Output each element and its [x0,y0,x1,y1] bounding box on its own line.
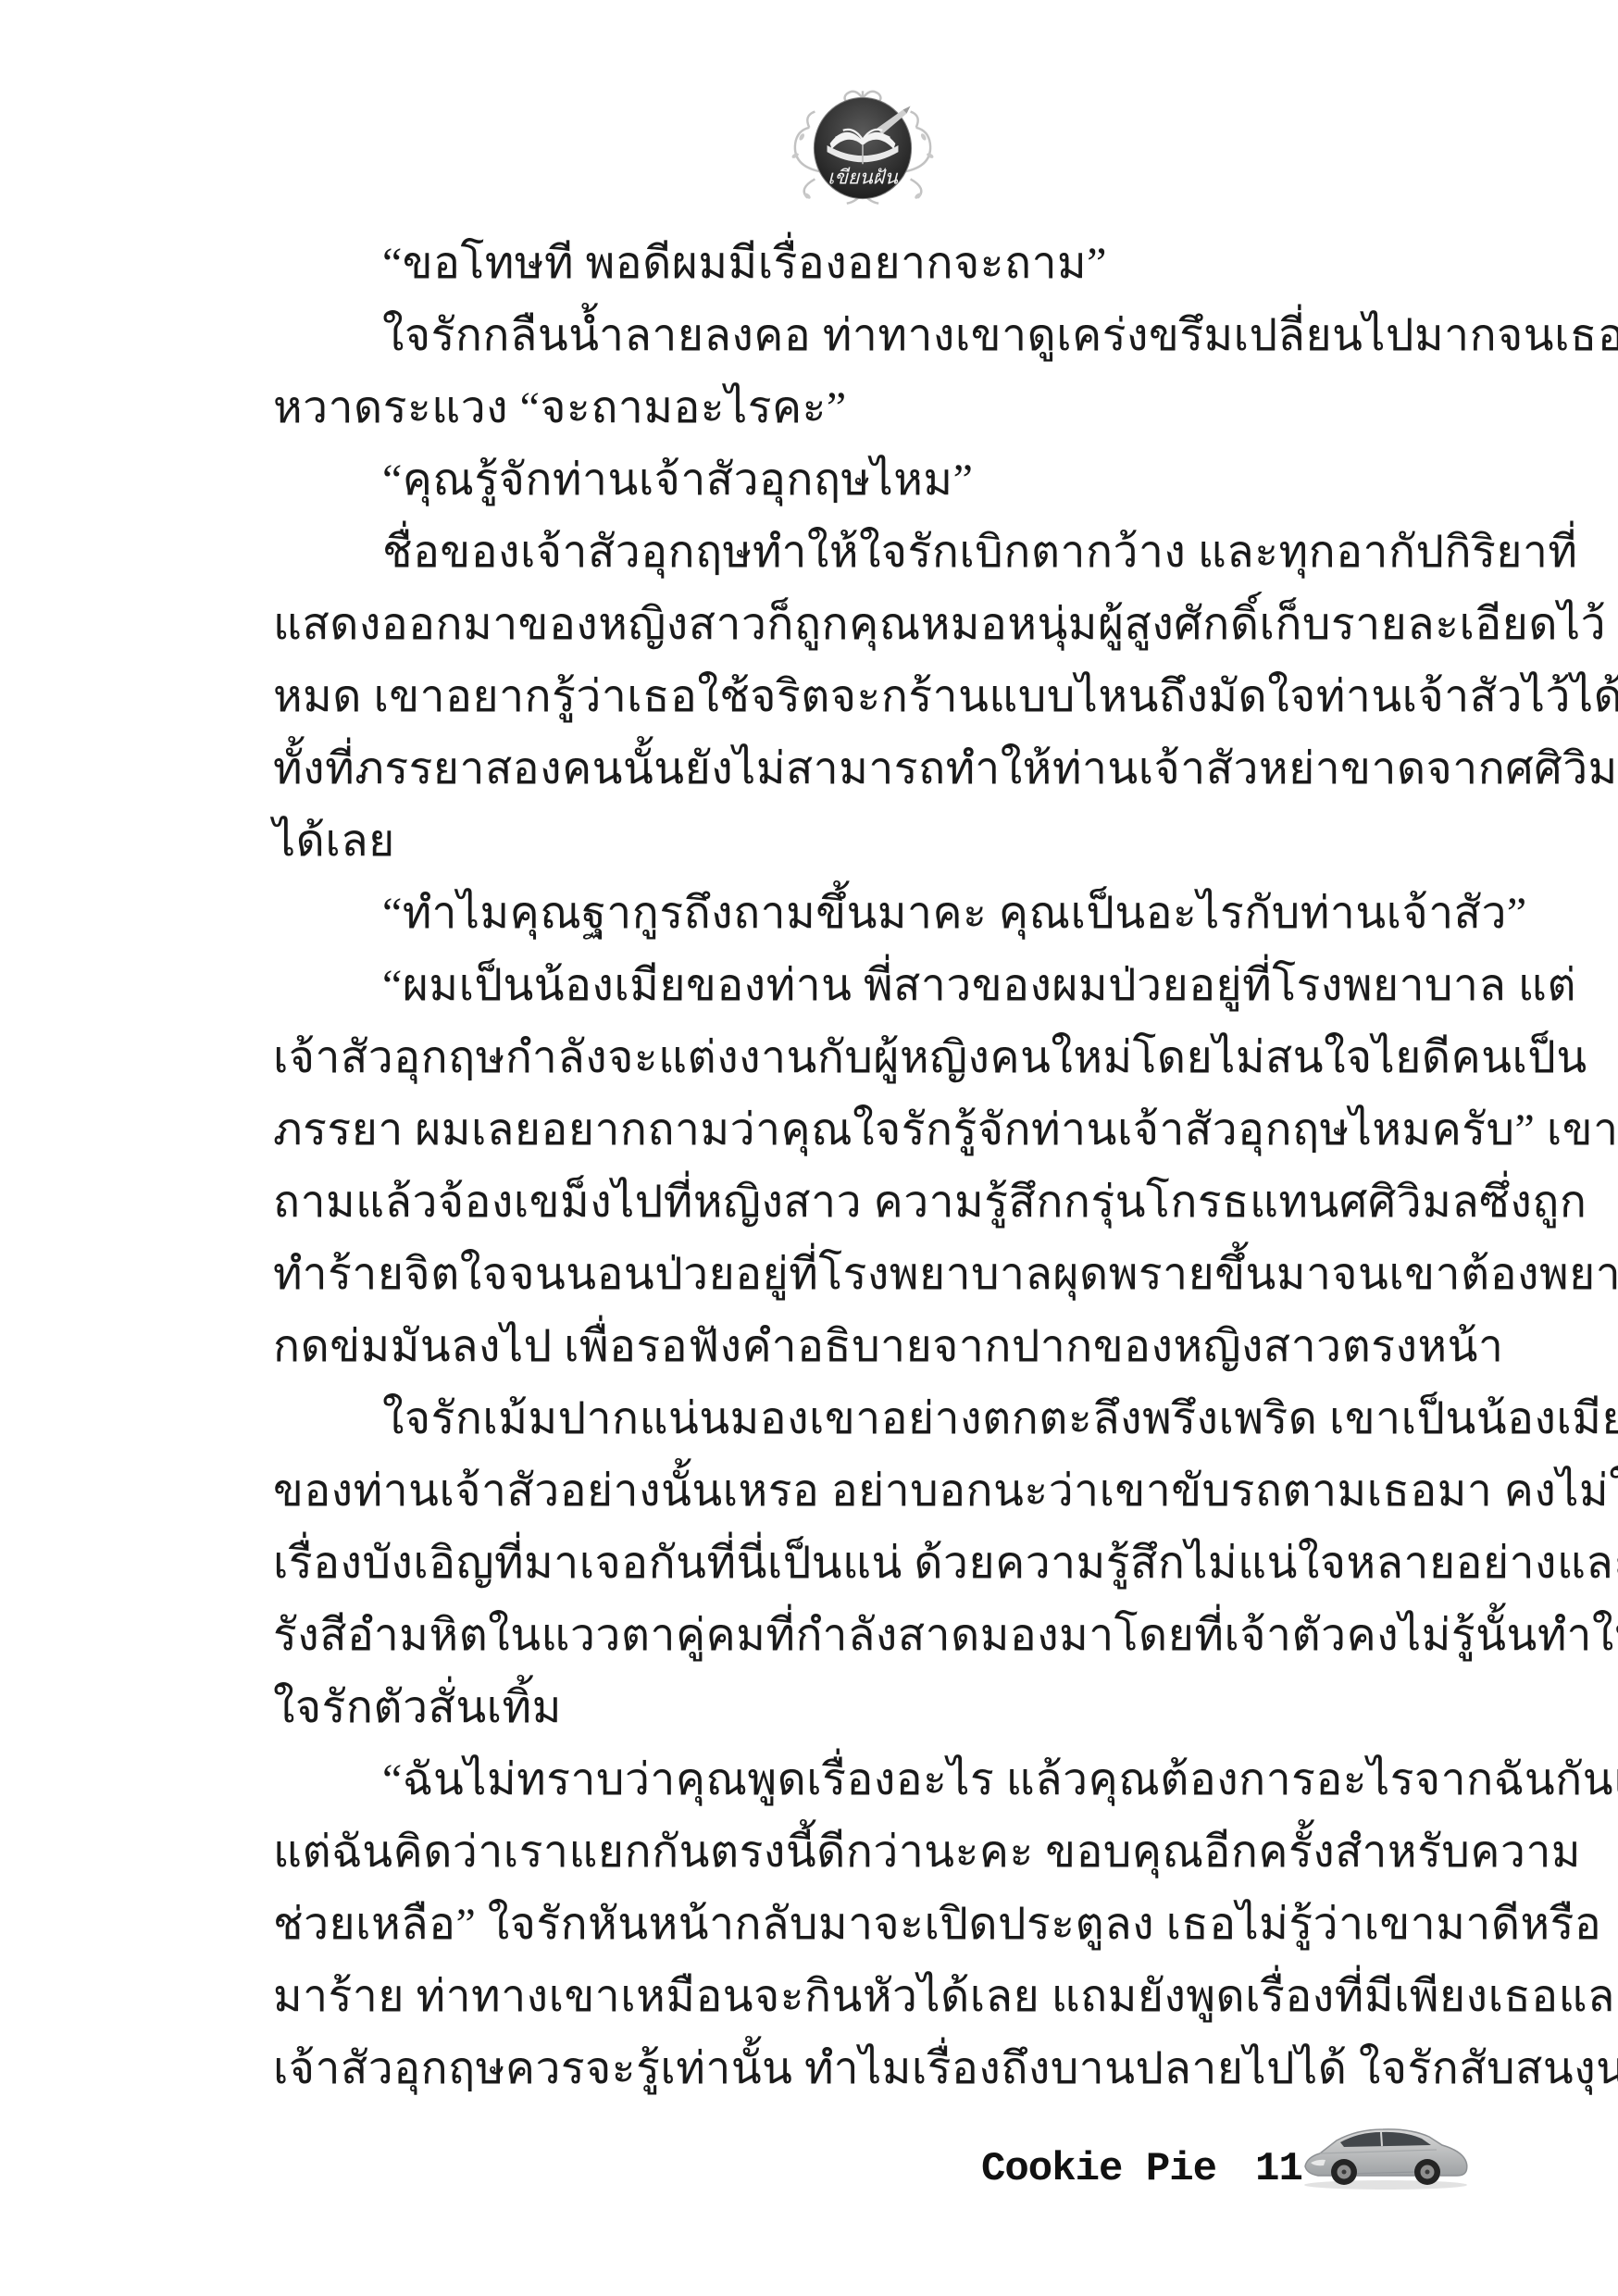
text-line: หวาดระแวง “จะถามอะไรคะ” [273,372,1476,444]
footer-page-number: 11 [1255,2146,1302,2192]
footer-text: Cookie Pie11 [981,2146,1302,2192]
text-line: ถามแล้วจ้องเขม็งไปที่หญิงสาว ความรู้สึกก… [273,1167,1476,1239]
text-line: ของท่านเจ้าสัวอย่างนั้นเหรอ อย่าบอกนะว่า… [273,1455,1476,1528]
text-line: ทำร้ายจิตใจจนนอนป่วยอยู่ที่โรงพยาบาลผุดพ… [273,1239,1476,1311]
text-line: “ทำไมคุณฐากูรถึงถามขึ้นมาคะ คุณเป็นอะไรก… [273,878,1476,950]
text-line: “ขอโทษที พอดีผมมีเรื่องอยากจะถาม” [273,228,1476,300]
car-icon [1298,2122,1474,2196]
text-line: รังสีอำมหิตในแววตาคู่คมที่กำลังสาดมองมาโ… [273,1600,1476,1672]
text-line: ช่วยเหลือ” ใจรักหันหน้ากลับมาจะเปิดประตู… [273,1889,1476,1961]
book-page: เขียนฝัน “ขอโทษที พอดีผมมีเรื่องอยากจะถา… [0,0,1618,2296]
open-book-and-pen-emblem: เขียนฝัน [783,85,942,207]
text-line: เจ้าสัวอุกฤษกำลังจะแต่งงานกับผู้หญิงคนให… [273,1022,1476,1094]
publisher-logo-wordmark: เขียนฝัน [828,166,898,188]
text-line: “ฉันไม่ทราบว่าคุณพูดเรื่องอะไร แล้วคุณต้… [273,1744,1476,1816]
text-line: หมด เขาอยากรู้ว่าเธอใช้จริตจะกร้านแบบไหน… [273,661,1476,733]
text-line: “คุณรู้จักท่านเจ้าสัวอุกฤษไหม” [273,444,1476,517]
text-line: ได้เลย [273,805,1476,878]
text-line: แต่ฉันคิดว่าเราแยกกันตรงนี้ดีกว่านะคะ ขอ… [273,1816,1476,1889]
text-line: ชื่อของเจ้าสัวอุกฤษทำให้ใจรักเบิกตากว้าง… [273,517,1476,589]
text-line: “ผมเป็นน้องเมียของท่าน พี่สาวของผมป่วยอย… [273,950,1476,1022]
text-line: แสดงออกมาของหญิงสาวก็ถูกคุณหมอหนุ่มผู้สู… [273,589,1476,661]
text-line: ใจรักกลืนน้ำลายลงคอ ท่าทางเขาดูเคร่งขรึม… [273,300,1476,372]
text-line: เจ้าสัวอุกฤษควรจะรู้เท่านั้น ทำไมเรื่องถ… [273,2033,1476,2105]
text-line: ทั้งที่ภรรยาสองคนนั้นยังไม่สามารถทำให้ท่… [273,733,1476,805]
page-footer: Cookie Pie11 [0,2120,1618,2222]
publisher-logo: เขียนฝัน [783,85,942,207]
text-line: ใจรักเม้มปากแน่นมองเขาอย่างตกตะลึงพรึงเพ… [273,1383,1476,1455]
text-line: กดข่มมันลงไป เพื่อรอฟังคำอธิบายจากปากของ… [273,1311,1476,1383]
text-line: ใจรักตัวสั่นเทิ้ม [273,1672,1476,1744]
text-line: มาร้าย ท่าทางเขาเหมือนจะกินหัวได้เลย แถม… [273,1961,1476,2033]
text-line: เรื่องบังเอิญที่มาเจอกันที่นี่เป็นแน่ ด้… [273,1528,1476,1600]
text-line: ภรรยา ผมเลยอยากถามว่าคุณใจรักรู้จักท่านเ… [273,1094,1476,1167]
footer-book-title: Cookie Pie [981,2146,1216,2192]
text-block: “ขอโทษที พอดีผมมีเรื่องอยากจะถาม”ใจรักกล… [273,228,1476,2105]
